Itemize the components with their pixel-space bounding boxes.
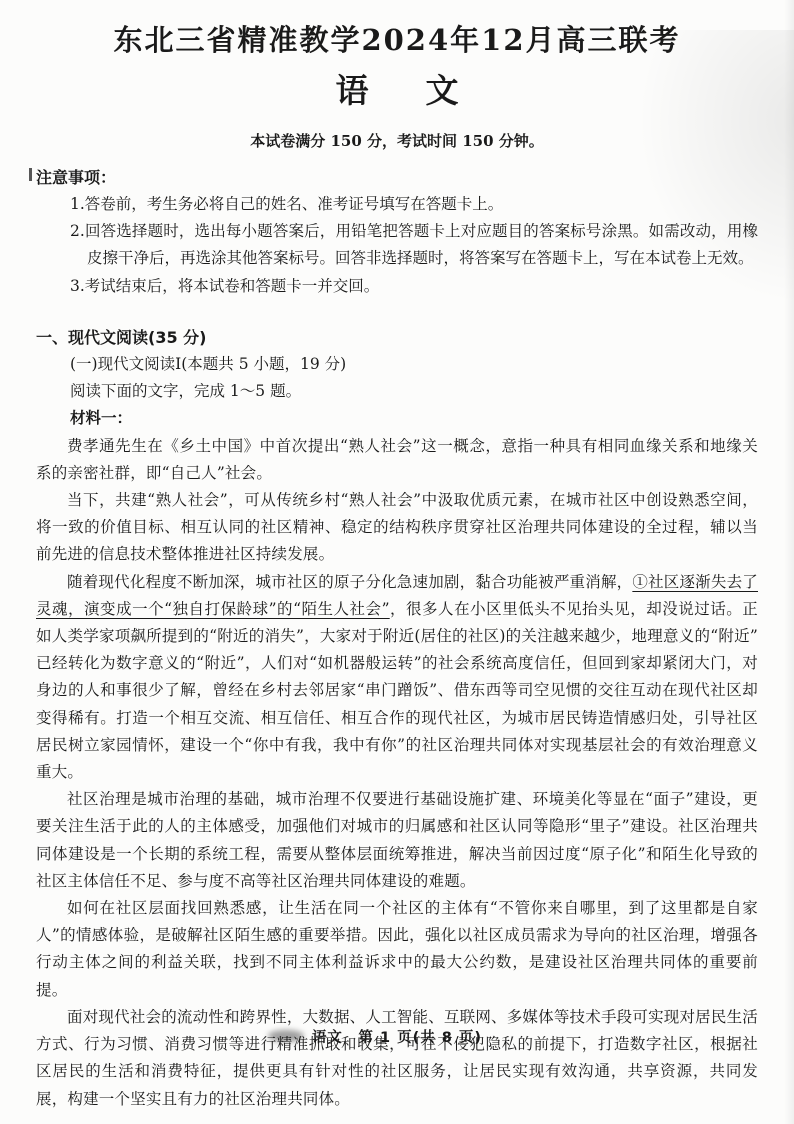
paragraph-text: 如何在社区层面找回熟悉感，让生活在同一个社区的主体有“不管你来自哪里，到了这里都…: [36, 899, 758, 999]
exam-info-line: 本试卷满分 150 分，考试时间 150 分钟。: [36, 130, 758, 152]
notice-item-2: 2.回答选择题时，选出每小题答案后，用铅笔把答题卡上对应题目的答案标号涂黑。如需…: [36, 218, 758, 272]
exam-title: 东北三省精准教学2024年12月高三联考: [36, 0, 758, 62]
section-heading: 一、现代文阅读(35 分): [36, 324, 758, 351]
passage-paragraph-3: 随着现代化程度不断加深，城市社区的原子分化急速加剧，黏合功能被严重消解，①社区逐…: [36, 569, 758, 787]
paragraph-text: 面对现代社会的流动性和跨界性，大数据、人工智能、互联网、多媒体等技术手段可实现对…: [36, 1008, 758, 1108]
paragraph-text: 社区治理是城市治理的基础，城市治理不仅要进行基础设施扩建、环境美化等显在“面子”…: [36, 790, 758, 890]
paragraph-text: ，很多人在小区里低头不见抬头见，却没说过话。正如人类学家项飙所提到的“附近的消失…: [36, 600, 758, 781]
passage-paragraph-1: 费孝通先生在《乡土中国》中首次提出“熟人社会”这一概念，意指一种具有相同血缘关系…: [36, 433, 758, 487]
material-one-label: 材料一：: [70, 405, 758, 432]
paragraph-text: 费孝通先生在《乡土中国》中首次提出“熟人社会”这一概念，意指一种具有相同血缘关系…: [36, 437, 758, 482]
notice-heading: 注意事项：: [36, 164, 758, 191]
footer-text: 语文 第 1 页(共 8 页): [312, 1030, 482, 1046]
passage-paragraph-5: 如何在社区层面找回熟悉感，让生活在同一个社区的主体有“不管你来自哪里，到了这里都…: [36, 895, 758, 1004]
reading-section-header: 一、现代文阅读(35 分) (一)现代文阅读Ⅰ(本题共 5 小题，19 分) 阅…: [36, 324, 758, 433]
notice-item-1: 1.答卷前，考生务必将自己的姓名、准考证号填写在答题卡上。: [36, 191, 758, 218]
exam-subject: 语 文: [36, 68, 758, 114]
passage-paragraph-2: 当下，共建“熟人社会”，可从传统乡村“熟人社会”中汲取优质元素，在城市社区中创设…: [36, 487, 758, 569]
page-content: 东北三省精准教学2024年12月高三联考 语 文 本试卷满分 150 分，考试时…: [0, 0, 794, 1113]
passage-paragraph-4: 社区治理是城市治理的基础，城市治理不仅要进行基础设施扩建、环境美化等显在“面子”…: [36, 786, 758, 895]
section-subheading: (一)现代文阅读Ⅰ(本题共 5 小题，19 分): [70, 351, 758, 378]
page-footer: 语文 第 1 页(共 8 页): [0, 1026, 794, 1047]
paragraph-text: 当下，共建“熟人社会”，可从传统乡村“熟人社会”中汲取优质元素，在城市社区中创设…: [36, 491, 758, 563]
passage-material-one: 费孝通先生在《乡土中国》中首次提出“熟人社会”这一概念，意指一种具有相同血缘关系…: [36, 433, 758, 1113]
section-instruction: 阅读下面的文字，完成 1～5 题。: [70, 378, 758, 405]
exam-paper-page: 东北三省精准教学2024年12月高三联考 语 文 本试卷满分 150 分，考试时…: [0, 0, 794, 1124]
paragraph-text: 随着现代化程度不断加深，城市社区的原子分化急速加剧，黏合功能被严重消解，: [67, 573, 632, 591]
notice-item-3: 3.考试结束后，将本试卷和答题卡一并交回。: [36, 273, 758, 300]
notice-section: 注意事项： 1.答卷前，考生务必将自己的姓名、准考证号填写在答题卡上。 2.回答…: [36, 164, 758, 300]
passage-paragraph-6: 面对现代社会的流动性和跨界性，大数据、人工智能、互联网、多媒体等技术手段可实现对…: [36, 1004, 758, 1113]
